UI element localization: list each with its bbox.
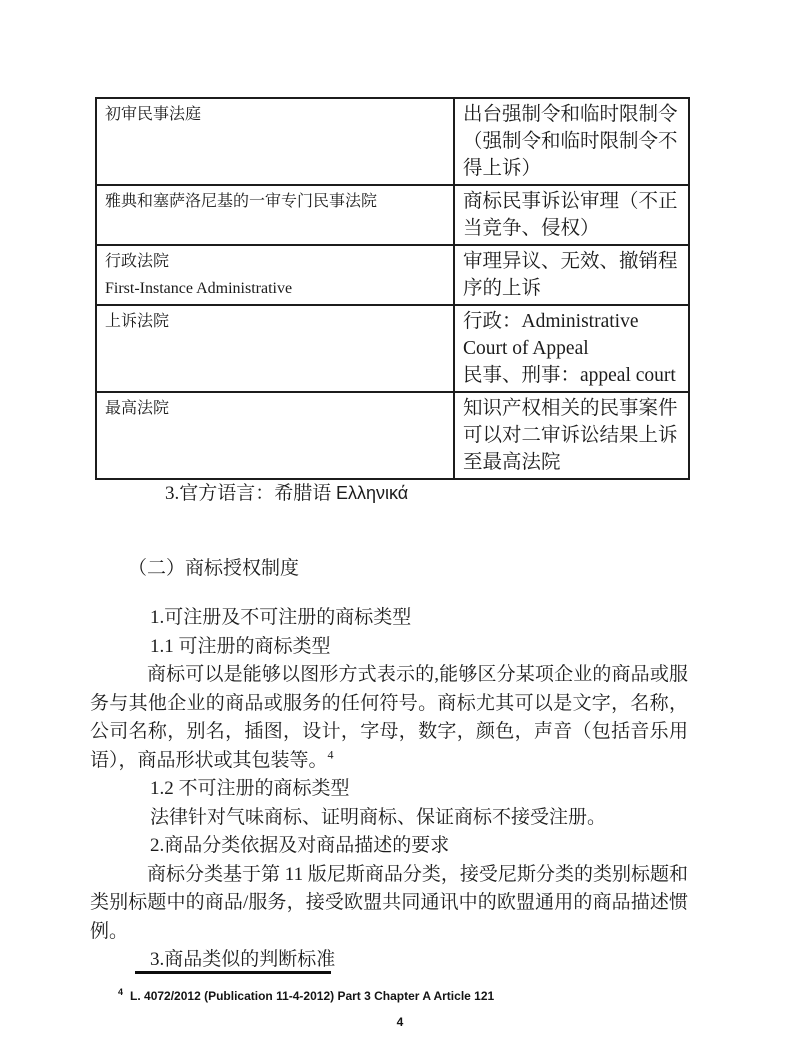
official-language-label: 3.官方语言：希腊语 <box>165 483 336 504</box>
official-language-line: 3.官方语言：希腊语 Ελληνικά <box>90 479 688 509</box>
cell-court-function: 审理异议、无效、撤销程序的上诉 <box>454 245 689 305</box>
paragraph-goods-classification: 商标分类基于第 11 版尼斯商品分类，接受尼斯分类的类别标题和类别标题中的商品/… <box>90 861 688 947</box>
table-row: 初审民事法庭 出台强制令和临时限制令（强制令和临时限制令不得上诉） <box>96 98 689 185</box>
court-name-line: 初审民事法庭 <box>105 101 447 128</box>
heading-unregistrable-types: 1.2 不可注册的商标类型 <box>90 775 688 804</box>
footnote-separator <box>135 971 331 974</box>
cell-court-function: 知识产权相关的民事案件可以对二审诉讼结果上诉至最高法院 <box>454 392 689 479</box>
court-name-line: First-Instance Administrative <box>105 275 447 302</box>
page-number: 4 <box>0 1015 800 1029</box>
table-row: 上诉法院 行政：Administrative Court of Appeal 民… <box>96 305 689 392</box>
footnote-text: L. 4072/2012 (Publication 11-4-2012) Par… <box>130 989 494 1003</box>
heading-registrable-and-unregistrable-types: 1.可注册及不可注册的商标类型 <box>90 604 688 633</box>
table-row: 最高法院 知识产权相关的民事案件可以对二审诉讼结果上诉至最高法院 <box>96 392 689 479</box>
court-function-line: 出台强制令和临时限制令（强制令和临时限制令不得上诉） <box>463 101 682 182</box>
table-row: 行政法院 First-Instance Administrative 审理异议、… <box>96 245 689 305</box>
table-row: 雅典和塞萨洛尼基的一审专门民事法院 商标民事诉讼审理（不正当竞争、侵权） <box>96 185 689 245</box>
body-text: 3.官方语言：希腊语 Ελληνικά （二）商标授权制度 1.可注册及不可注册… <box>0 479 800 975</box>
court-name-line: 最高法院 <box>105 395 447 422</box>
court-name-line: 雅典和塞萨洛尼基的一审专门民事法院 <box>105 188 447 215</box>
paragraph-registrable-types: 商标可以是能够以图形方式表示的,能够区分某项企业的商品或服务与其他企业的商品或服… <box>90 661 688 775</box>
footnote-reference: 4 <box>328 747 334 761</box>
court-function-line: 审理异议、无效、撤销程序的上诉 <box>463 248 682 302</box>
footnote-marker: 4 <box>118 987 123 997</box>
court-function-line: 商标民事诉讼审理（不正当竞争、侵权） <box>463 188 682 242</box>
court-function-line: 民事、刑事：appeal court <box>463 362 682 389</box>
paragraph-unregistrable-types: 法律针对气味商标、证明商标、保证商标不接受注册。 <box>90 804 688 833</box>
court-name-line: 行政法院 <box>105 248 447 275</box>
court-function-line: 知识产权相关的民事案件可以对二审诉讼结果上诉至最高法院 <box>463 395 682 476</box>
paragraph-registrable-text: 商标可以是能够以图形方式表示的,能够区分某项企业的商品或服务与其他企业的商品或服… <box>90 664 688 771</box>
cell-court-function: 商标民事诉讼审理（不正当竞争、侵权） <box>454 185 689 245</box>
cell-court-name: 上诉法院 <box>96 305 454 392</box>
cell-court-name: 雅典和塞萨洛尼基的一审专门民事法院 <box>96 185 454 245</box>
footnote: 4L. 4072/2012 (Publication 11-4-2012) Pa… <box>118 985 678 1004</box>
cell-court-name: 最高法院 <box>96 392 454 479</box>
greek-word: Ελληνικά <box>336 483 408 503</box>
court-name-line: 上诉法院 <box>105 308 447 335</box>
heading-goods-classification: 2.商品分类依据及对商品描述的要求 <box>90 832 688 861</box>
trademark-court-table: 初审民事法庭 出台强制令和临时限制令（强制令和临时限制令不得上诉） 雅典和塞萨洛… <box>95 97 690 480</box>
cell-court-name: 行政法院 First-Instance Administrative <box>96 245 454 305</box>
section-heading-trademark-authorization: （二）商标授权制度 <box>90 555 688 584</box>
cell-court-function: 出台强制令和临时限制令（强制令和临时限制令不得上诉） <box>454 98 689 185</box>
court-function-line: 行政：Administrative Court of Appeal <box>463 308 682 362</box>
cell-court-function: 行政：Administrative Court of Appeal 民事、刑事：… <box>454 305 689 392</box>
heading-registrable-types: 1.1 可注册的商标类型 <box>90 633 688 662</box>
document-page: 初审民事法庭 出台强制令和临时限制令（强制令和临时限制令不得上诉） 雅典和塞萨洛… <box>0 0 800 1041</box>
cell-court-name: 初审民事法庭 <box>96 98 454 185</box>
